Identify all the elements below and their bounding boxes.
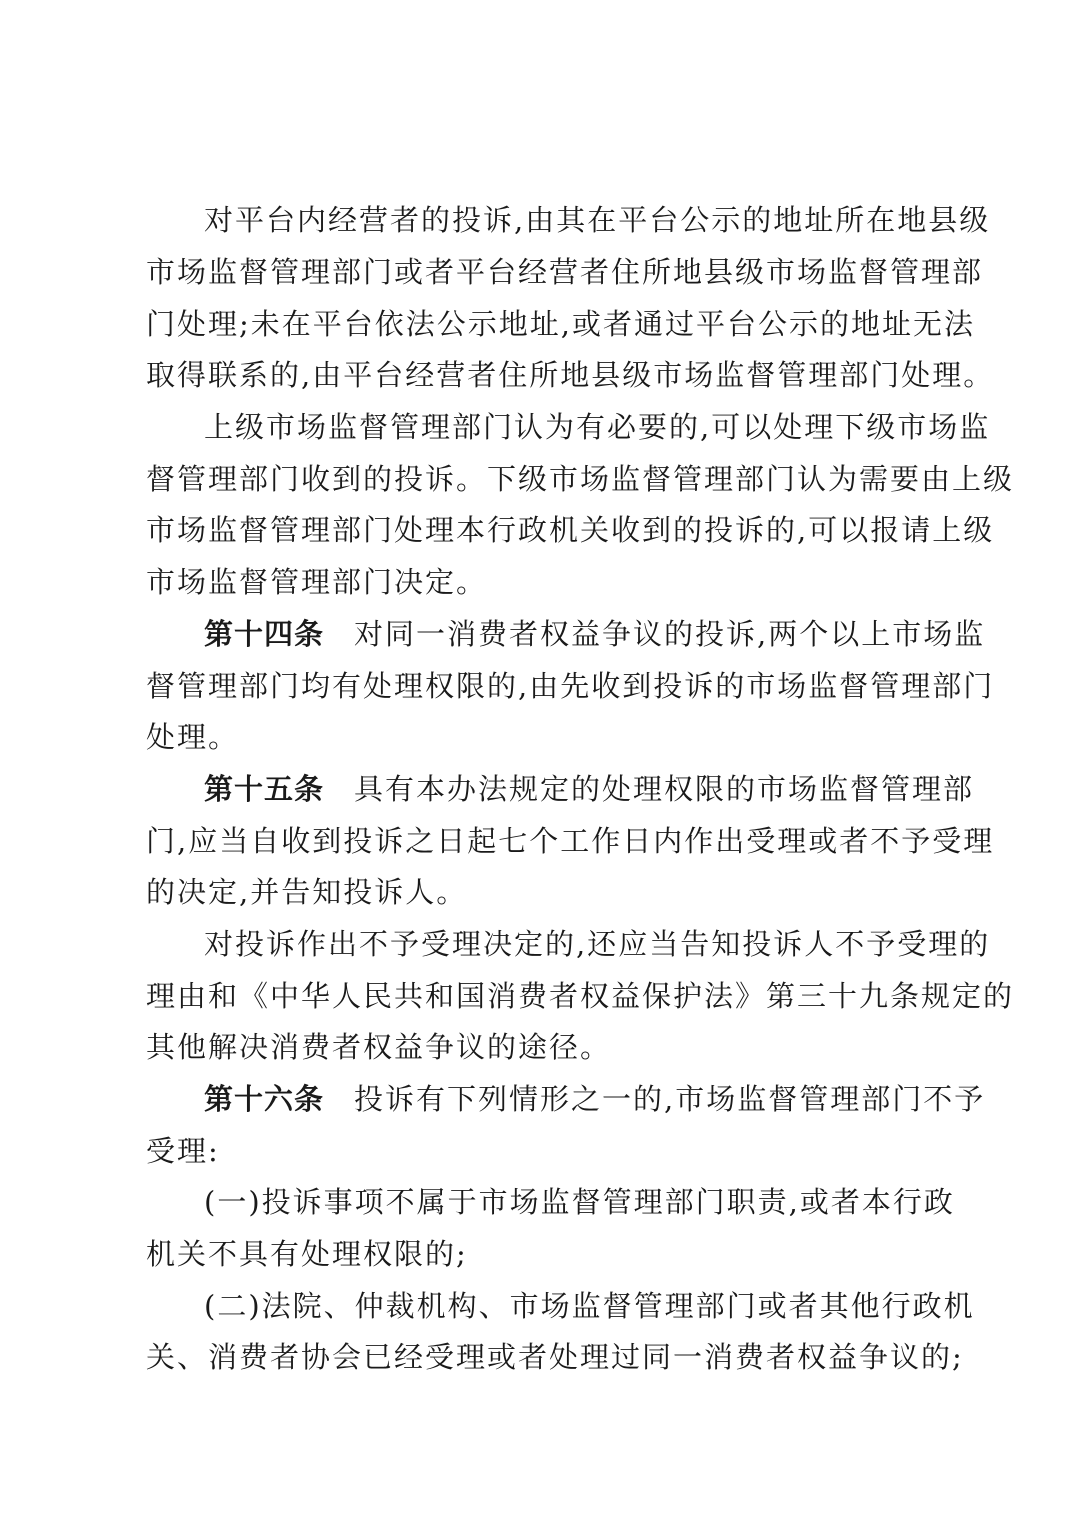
text-line: 理由和《中华人民共和国消费者权益保护法》第三十九条规定的: [146, 972, 1014, 1020]
article-heading: 第十六条: [204, 1082, 324, 1116]
text-line: 受理:: [146, 1127, 220, 1175]
text-line: 处理。: [146, 713, 239, 761]
article-text: 投诉有下列情形之一的,市场监督管理部门不予: [354, 1082, 985, 1116]
text-line: (二)法院、仲裁机构、市场监督管理部门或者其他行政机: [204, 1282, 975, 1330]
text-line: 门处理;未在平台依法公示地址,或者通过平台公示的地址无法: [146, 300, 975, 348]
article-heading: 第十五条: [204, 772, 324, 806]
article-text: 具有本办法规定的处理权限的市场监督管理部: [354, 772, 974, 806]
text-line: 其他解决消费者权益争议的途径。: [146, 1023, 611, 1071]
text-line: 市场监督管理部门或者平台经营者住所地县级市场监督管理部: [146, 248, 983, 296]
text-line: 的决定,并告知投诉人。: [146, 868, 467, 916]
text-line: 第十六条投诉有下列情形之一的,市场监督管理部门不予: [204, 1075, 985, 1123]
text-line: 机关不具有处理权限的;: [146, 1230, 468, 1278]
text-line: 取得联系的,由平台经营者住所地县级市场监督管理部门处理。: [146, 351, 994, 399]
text-line: 市场监督管理部门处理本行政机关收到的投诉的,可以报请上级: [146, 506, 994, 554]
text-line: 督管理部门均有处理权限的,由先收到投诉的市场监督管理部门: [146, 662, 994, 710]
text-line: 对投诉作出不予受理决定的,还应当告知投诉人不予受理的: [204, 920, 990, 968]
text-line: 督管理部门收到的投诉。下级市场监督管理部门认为需要由上级: [146, 455, 1014, 503]
text-line: 门,应当自收到投诉之日起七个工作日内作出受理或者不予受理: [146, 817, 994, 865]
text-line: 市场监督管理部门决定。: [146, 558, 487, 606]
text-line: 第十五条具有本办法规定的处理权限的市场监督管理部: [204, 765, 974, 813]
article-heading: 第十四条: [204, 617, 324, 651]
text-line: 关、消费者协会已经受理或者处理过同一消费者权益争议的;: [146, 1333, 964, 1381]
article-text: 对同一消费者权益争议的投诉,两个以上市场监: [354, 617, 985, 651]
text-line: 对平台内经营者的投诉,由其在平台公示的地址所在地县级: [204, 196, 990, 244]
text-line: 第十四条对同一消费者权益争议的投诉,两个以上市场监: [204, 610, 985, 658]
text-line: (一)投诉事项不属于市场监督管理部门职责,或者本行政: [204, 1178, 955, 1226]
text-line: 上级市场监督管理部门认为有必要的,可以处理下级市场监: [204, 403, 990, 451]
